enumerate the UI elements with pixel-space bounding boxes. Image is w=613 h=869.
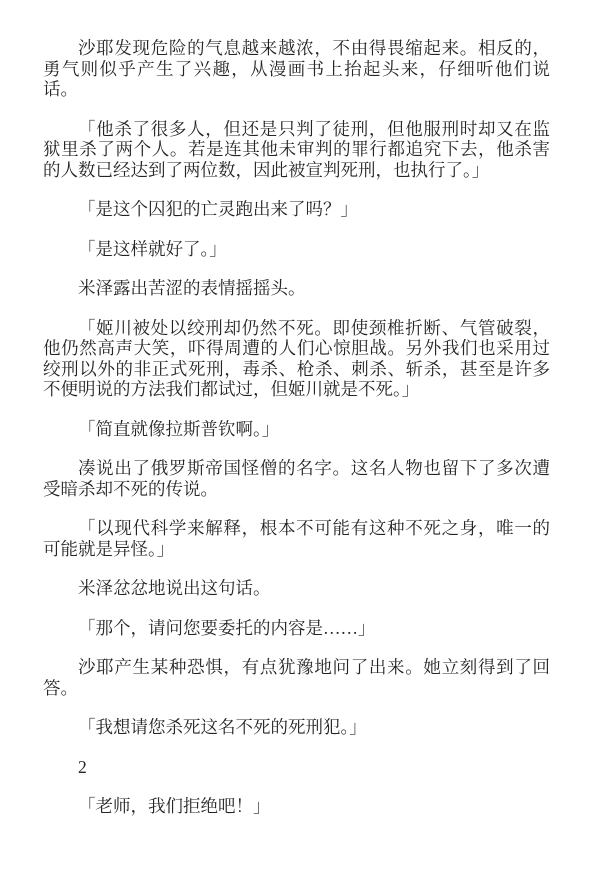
paragraph: 「简直就像拉斯普钦啊。」 bbox=[43, 419, 550, 440]
section-number: 2 bbox=[43, 757, 550, 778]
paragraph: 米泽忿忿地说出这句话。 bbox=[43, 578, 550, 599]
paragraph: 米泽露出苦涩的表情摇摇头。 bbox=[43, 278, 550, 299]
paragraph: 「以现代科学来解释，根本不可能有这种不死之身，唯一的可能就是异怪。」 bbox=[43, 518, 550, 559]
paragraph: 「他杀了很多人，但还是只判了徒刑，但他服刑时却又在监狱里杀了两个人。若是连其他未… bbox=[43, 119, 550, 181]
paragraph: 沙耶发现危险的气息越来越浓，不由得畏缩起来。相反的，勇气则似乎产生了兴趣，从漫画… bbox=[43, 38, 550, 100]
paragraph: 「那个，请问您要委托的内容是……」 bbox=[43, 618, 550, 639]
paragraph: 「是这个囚犯的亡灵跑出来了吗？」 bbox=[43, 199, 550, 220]
paragraph: 沙耶产生某种恐惧，有点犹豫地问了出来。她立刻得到了回答。 bbox=[43, 657, 550, 698]
paragraph: 「老师，我们拒绝吧！」 bbox=[43, 796, 550, 817]
novel-page: 沙耶发现危险的气息越来越浓，不由得畏缩起来。相反的，勇气则似乎产生了兴趣，从漫画… bbox=[0, 0, 613, 869]
paragraph: 「是这样就好了。」 bbox=[43, 239, 550, 260]
paragraph: 凑说出了俄罗斯帝国怪僧的名字。这名人物也留下了多次遭受暗杀却不死的传说。 bbox=[43, 458, 550, 499]
paragraph: 「我想请您杀死这名不死的死刑犯。」 bbox=[43, 717, 550, 738]
paragraph: 「姬川被处以绞刑却仍然不死。即使颈椎折断、气管破裂，他仍然高声大笑，吓得周遭的人… bbox=[43, 318, 550, 400]
